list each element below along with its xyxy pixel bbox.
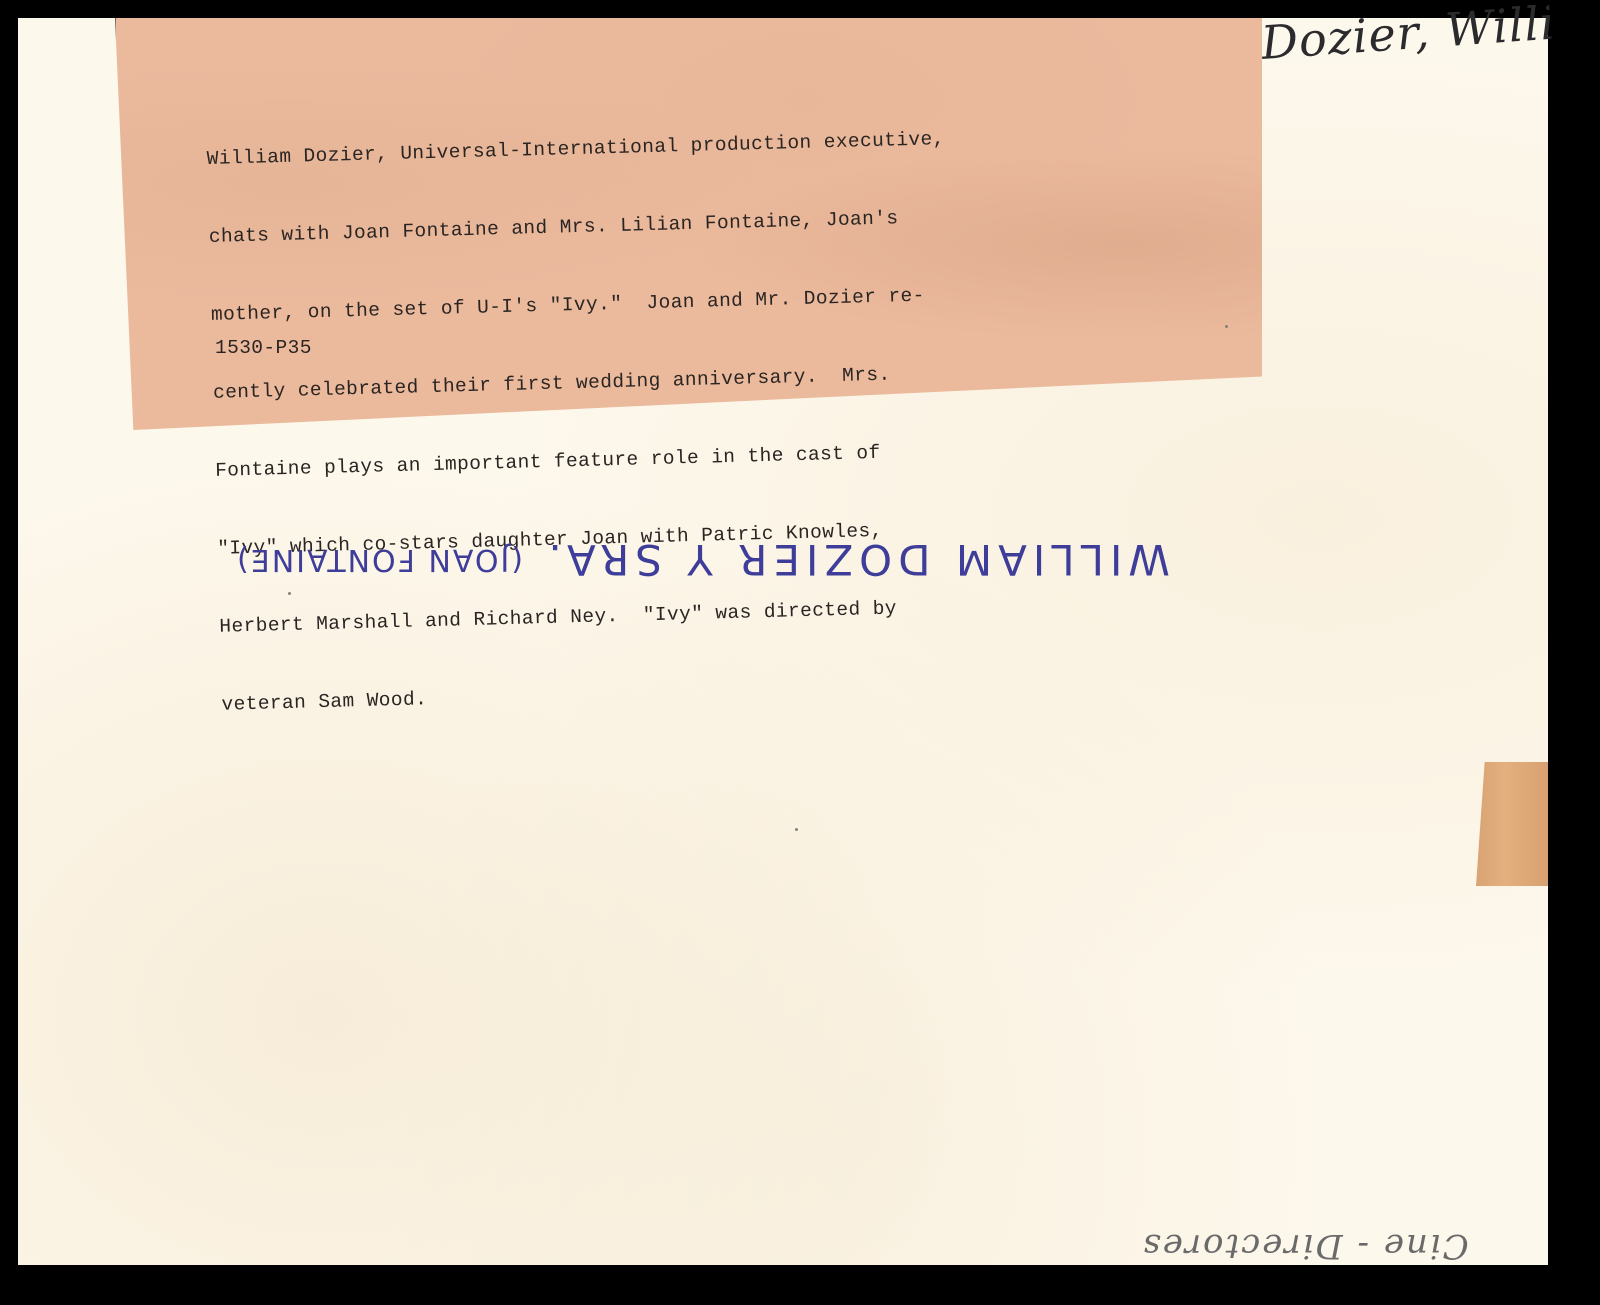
pencil-annotation: Cine - Directores: [1130, 1222, 1480, 1266]
tan-paper-scrap: [1476, 762, 1548, 886]
caption-line: chats with Joan Fontaine and Mrs. Lilian…: [209, 198, 1169, 250]
paper-speck: [795, 828, 798, 831]
caption-line: William Dozier, Universal-International …: [206, 120, 1166, 172]
caption-line: mother, on the set of U-I's "Ivy." Joan …: [211, 276, 1171, 328]
typed-caption: William Dozier, Universal-International …: [205, 68, 1182, 744]
caption-line: Fontaine plays an important feature role…: [215, 432, 1175, 484]
blue-note-main: WILLIAM DOZIER Y SRA.: [542, 536, 1170, 585]
paper-speck: [288, 592, 291, 595]
caption-line: cently celebrated their first wedding an…: [213, 354, 1173, 406]
caption-line: veteran Sam Wood.: [221, 666, 1181, 718]
blue-ink-annotation: WILLIAM DOZIER Y SRA. (JOAN FONTAINE): [215, 520, 1190, 600]
blue-note-paren: (JOAN FONTAINE): [235, 543, 523, 578]
caption-code: 1530-P35: [215, 337, 312, 359]
paper-speck: [1225, 325, 1228, 328]
